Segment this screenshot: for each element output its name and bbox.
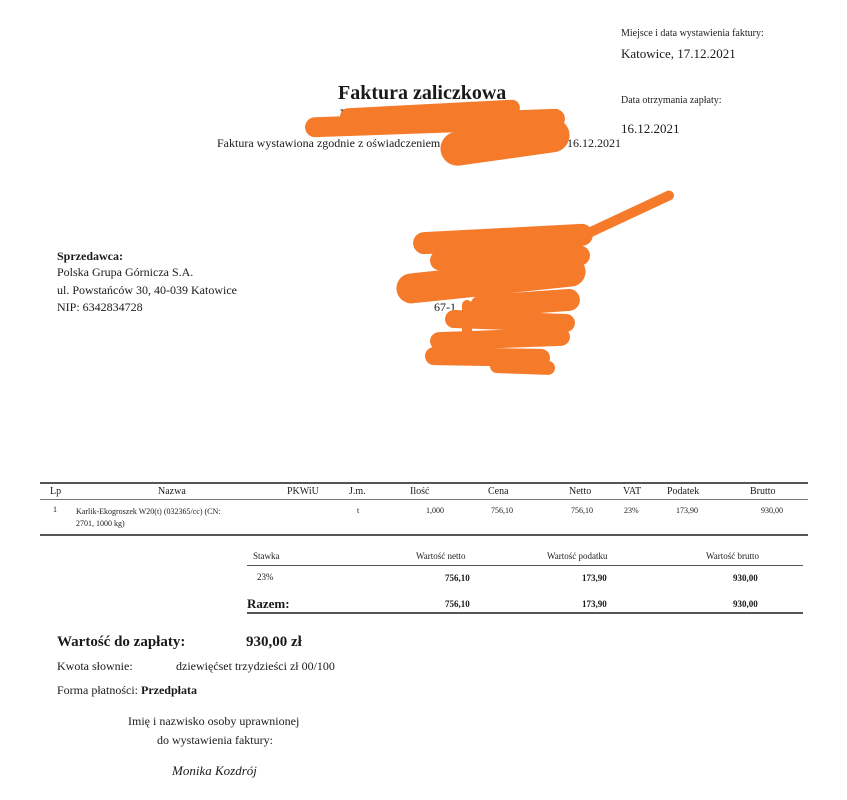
summary-total-label: Razem: — [247, 596, 290, 612]
amount-due-value: 930,00 zł — [246, 634, 302, 651]
header-jm: J.m. — [349, 486, 366, 497]
amount-words-label: Kwota słownie: — [57, 659, 133, 674]
amount-words-value: dziewięćset trzydzieści zł 00/100 — [176, 659, 335, 674]
redaction-mark — [462, 300, 472, 336]
summary-gross: 930,00 — [733, 573, 758, 583]
summary-bottom-rule — [247, 612, 803, 614]
summary-total-gross: 930,00 — [733, 599, 758, 609]
statement-date: 16.12.2021 — [567, 136, 621, 151]
header-podatek: Podatek — [667, 486, 699, 497]
summary-total-tax: 173,90 — [582, 599, 607, 609]
items-table-bottom-rule — [40, 534, 808, 536]
header-netto: Netto — [569, 486, 591, 497]
summary-header-tax: Wartość podatku — [547, 551, 608, 561]
summary-net: 756,10 — [445, 573, 470, 583]
header-brutto: Brutto — [750, 486, 776, 497]
place-date-label: Miejsce i data wystawienia faktury: — [621, 28, 764, 39]
items-table-header-rule — [40, 499, 808, 500]
items-table-top-rule — [40, 482, 808, 484]
signature-name: Monika Kozdrój — [172, 763, 257, 779]
row-net: 756,10 — [571, 506, 593, 515]
seller-label: Sprzedawca: — [57, 249, 123, 264]
header-vat: VAT — [623, 486, 641, 497]
row-name-line2: 2701, 1000 kg) — [76, 519, 125, 528]
seller-address: ul. Powstańców 30, 40-039 Katowice — [57, 283, 237, 298]
row-name-line1: Karlik-Ekogroszek W20(t) (032365/cc) (CN… — [76, 507, 220, 516]
signature-label-line1: Imię i nazwisko osoby uprawnionej — [128, 714, 299, 729]
row-gross: 930,00 — [761, 506, 783, 515]
signature-label-line2: do wystawienia faktury: — [157, 733, 273, 748]
header-ilosc: Ilość — [410, 486, 429, 497]
row-vat: 23% — [624, 506, 639, 515]
payment-method-value: Przedpłata — [141, 683, 197, 697]
summary-total-net: 756,10 — [445, 599, 470, 609]
payment-date-label: Data otrzymania zapłaty: — [621, 95, 722, 106]
amount-due-label: Wartość do zapłaty: — [57, 634, 185, 651]
header-cena: Cena — [488, 486, 509, 497]
header-nazwa: Nazwa — [158, 486, 186, 497]
payment-method-label: Forma płatności: — [57, 683, 138, 697]
row-price: 756,10 — [491, 506, 513, 515]
summary-header-rule — [247, 565, 803, 566]
payment-method: Forma płatności: Przedpłata — [57, 683, 197, 698]
header-pkwiu: PKWiU — [287, 486, 319, 497]
seller-name: Polska Grupa Górnicza S.A. — [57, 265, 193, 280]
statement-prefix: Faktura wystawiona zgodnie z oświadczeni… — [217, 136, 463, 151]
header-lp: Lp — [50, 486, 61, 497]
payment-date-value: 16.12.2021 — [621, 121, 680, 137]
place-date-value: Katowice, 17.12.2021 — [621, 46, 736, 62]
row-lp: 1 — [53, 505, 57, 514]
row-unit: t — [357, 506, 359, 515]
seller-nip: NIP: 6342834728 — [57, 300, 143, 315]
row-qty: 1,000 — [426, 506, 444, 515]
redaction-mark — [490, 359, 555, 375]
row-tax: 173,90 — [676, 506, 698, 515]
summary-header-rate: Stawka — [253, 551, 280, 561]
summary-rate: 23% — [257, 572, 274, 582]
summary-tax: 173,90 — [582, 573, 607, 583]
summary-header-gross: Wartość brutto — [706, 551, 759, 561]
summary-header-net: Wartość netto — [416, 551, 466, 561]
